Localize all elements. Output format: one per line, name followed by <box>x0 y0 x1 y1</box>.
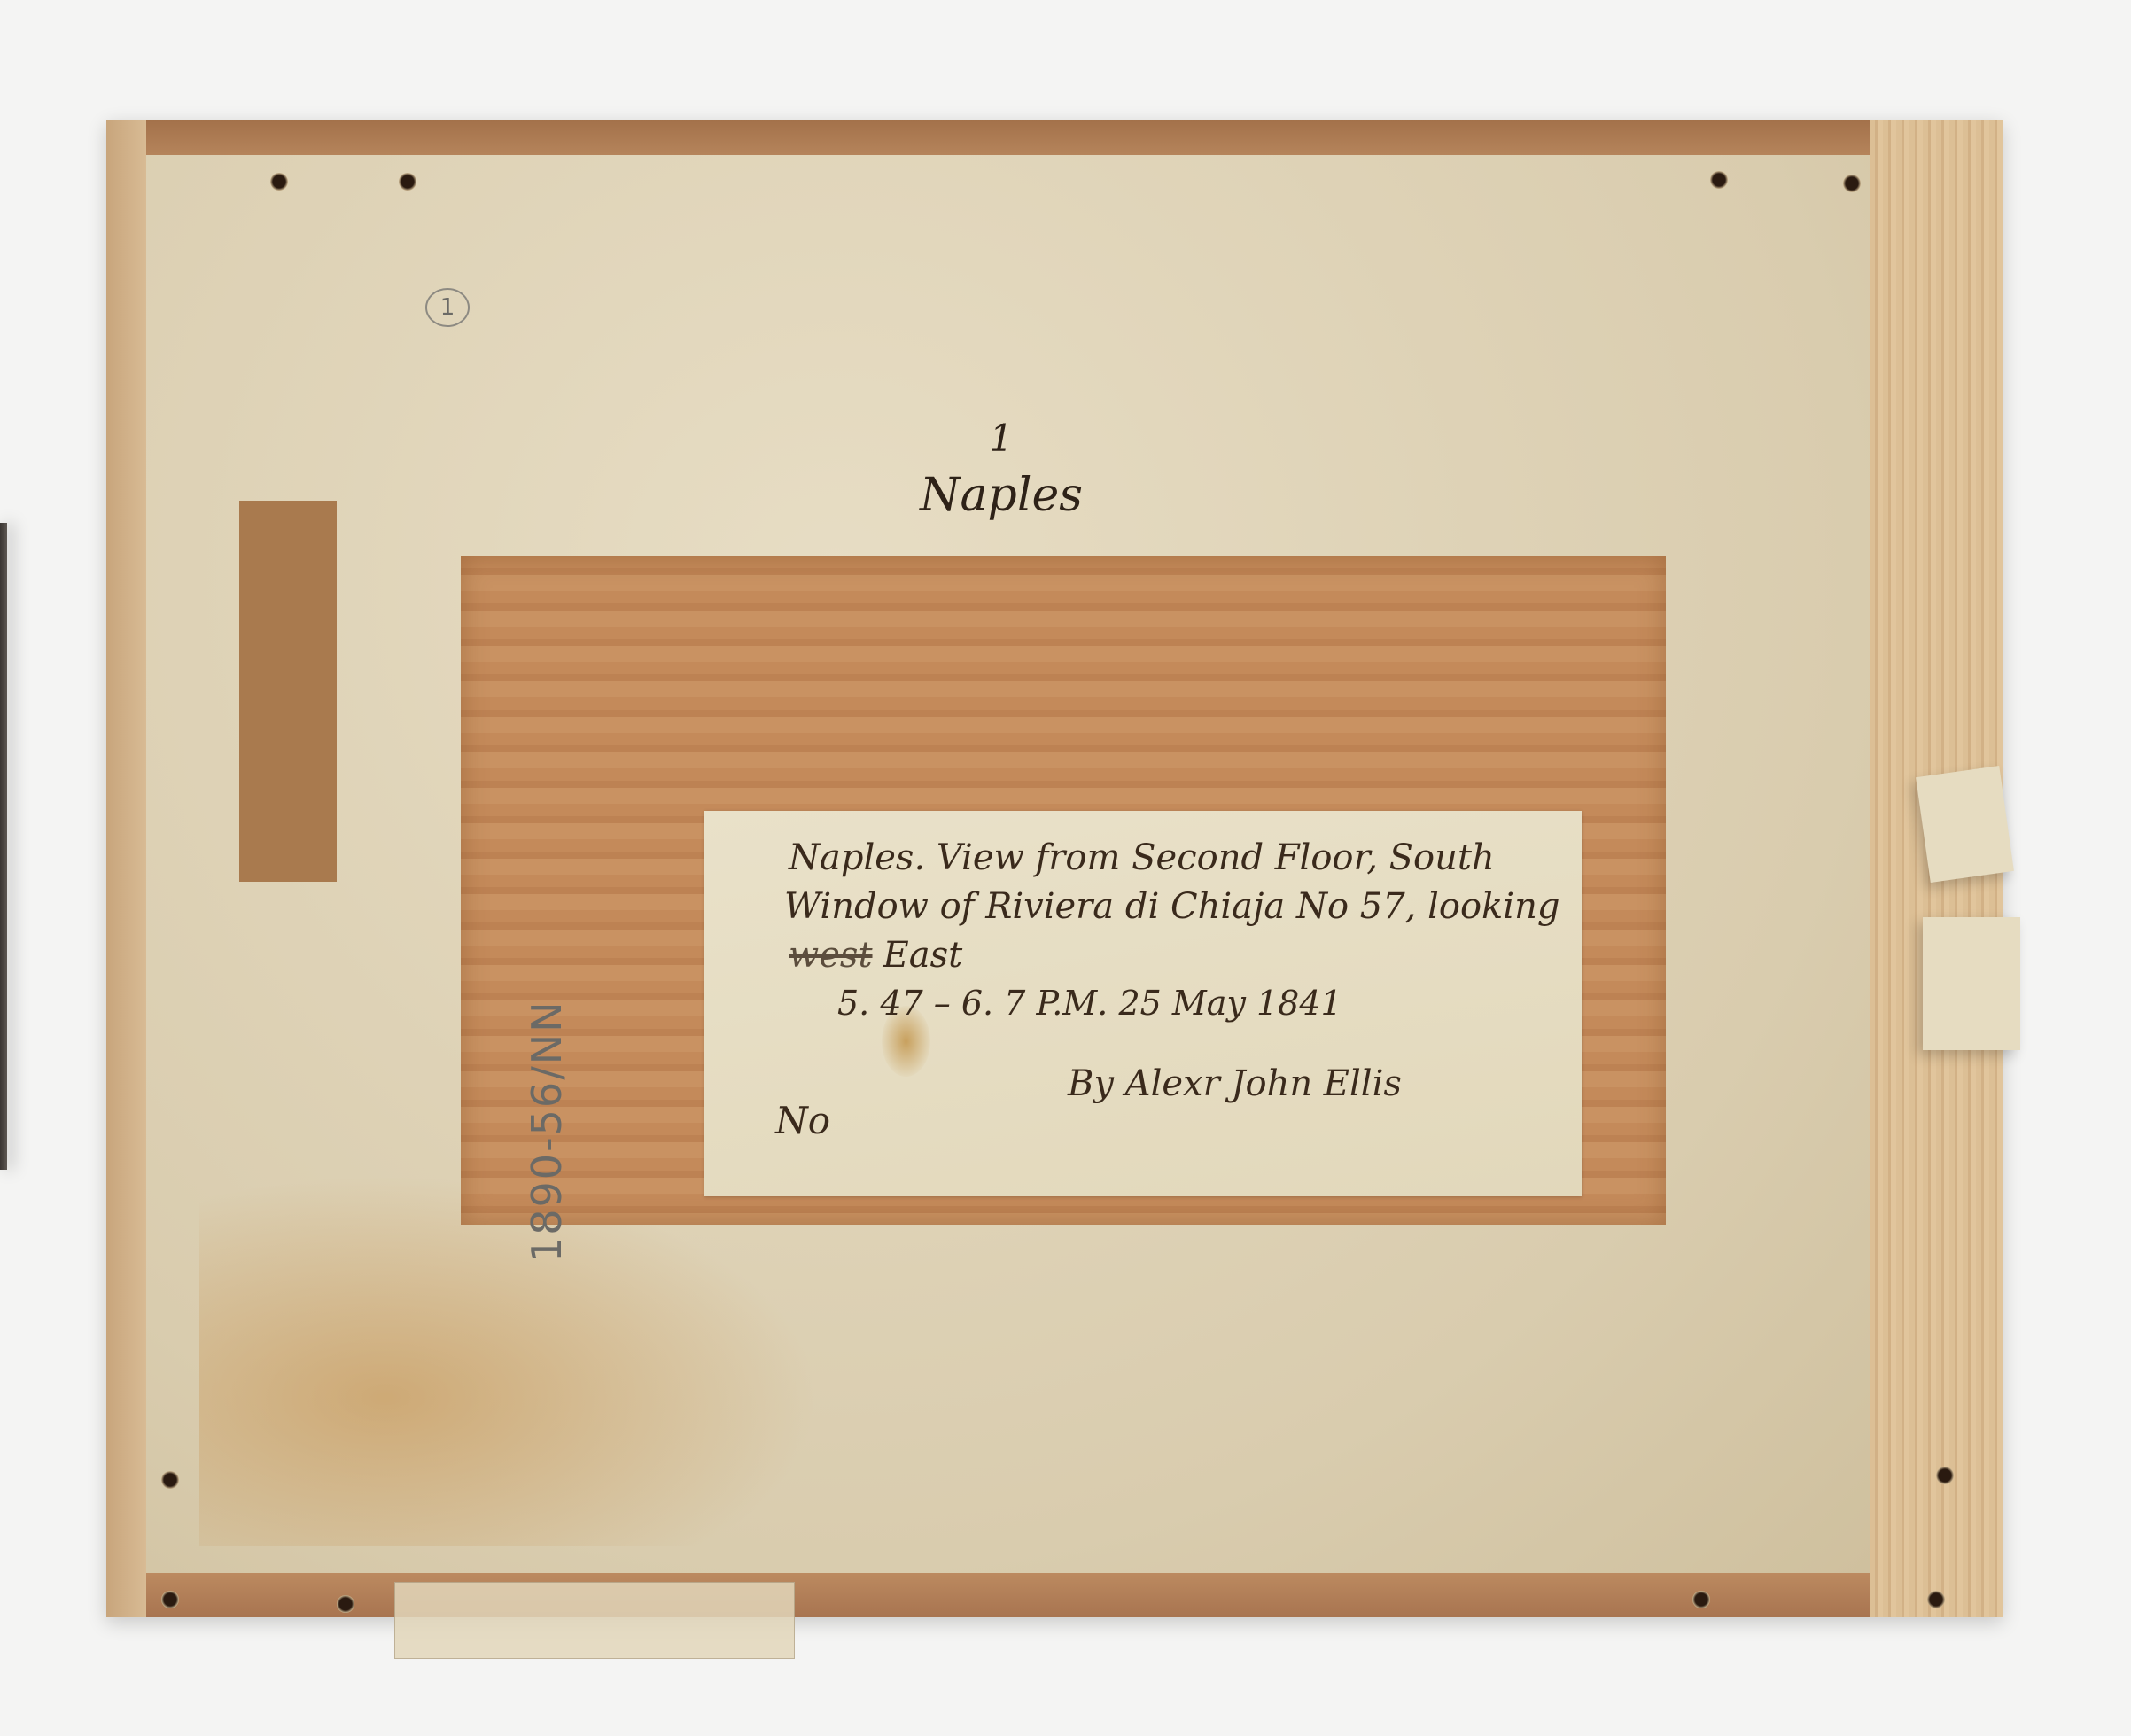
label-number-line: No <box>775 1099 830 1142</box>
struck-word: west <box>789 935 873 976</box>
frame-rail-bottom <box>106 1573 2003 1617</box>
sheet-title: Naples <box>53 469 1949 522</box>
nail-hole <box>270 173 288 191</box>
adjacent-frame-edge <box>0 523 7 1170</box>
nail-hole <box>1843 175 1861 192</box>
label-date-line: 5. 47 – 6. 7 P.M. 25 May 1841 <box>837 984 1342 1023</box>
handwritten-label: Naples. View from Second Floor, South Wi… <box>704 811 1582 1196</box>
label-line-1: Naples. View from Second Floor, South <box>789 837 1495 878</box>
picture-frame-back: 1 1 Naples Naples. View from Second Floo… <box>106 120 2003 1617</box>
nail-hole <box>1692 1591 1710 1608</box>
direction-word: East <box>883 935 963 976</box>
frame-rail-left <box>106 120 146 1617</box>
frame-rail-top <box>106 120 2003 155</box>
nail-hole <box>1936 1467 1954 1484</box>
label-author-line: By Alexr John Ellis <box>1068 1063 1402 1104</box>
nail-hole <box>161 1591 179 1608</box>
tape-strip <box>394 1582 795 1659</box>
nail-hole <box>1710 171 1728 189</box>
backing-sheet-heading: 1 Naples <box>53 416 1949 522</box>
water-stain <box>199 1174 820 1546</box>
circled-number-mark: 1 <box>425 288 470 327</box>
nail-hole <box>1927 1591 1945 1608</box>
exposed-wood-left <box>239 501 337 882</box>
label-line-3: westEast <box>789 935 962 976</box>
nail-hole <box>161 1471 179 1489</box>
nail-hole <box>337 1595 354 1613</box>
torn-paper-flap <box>1923 917 2020 1050</box>
torn-paper-flap <box>1916 766 2014 883</box>
sheet-number: 1 <box>990 416 1014 460</box>
pencil-accession-number: 1890-56/NN <box>523 1000 571 1263</box>
nail-hole <box>399 173 416 191</box>
label-line-2: Window of Riviera di Chiaja No 57, looki… <box>784 886 1559 927</box>
